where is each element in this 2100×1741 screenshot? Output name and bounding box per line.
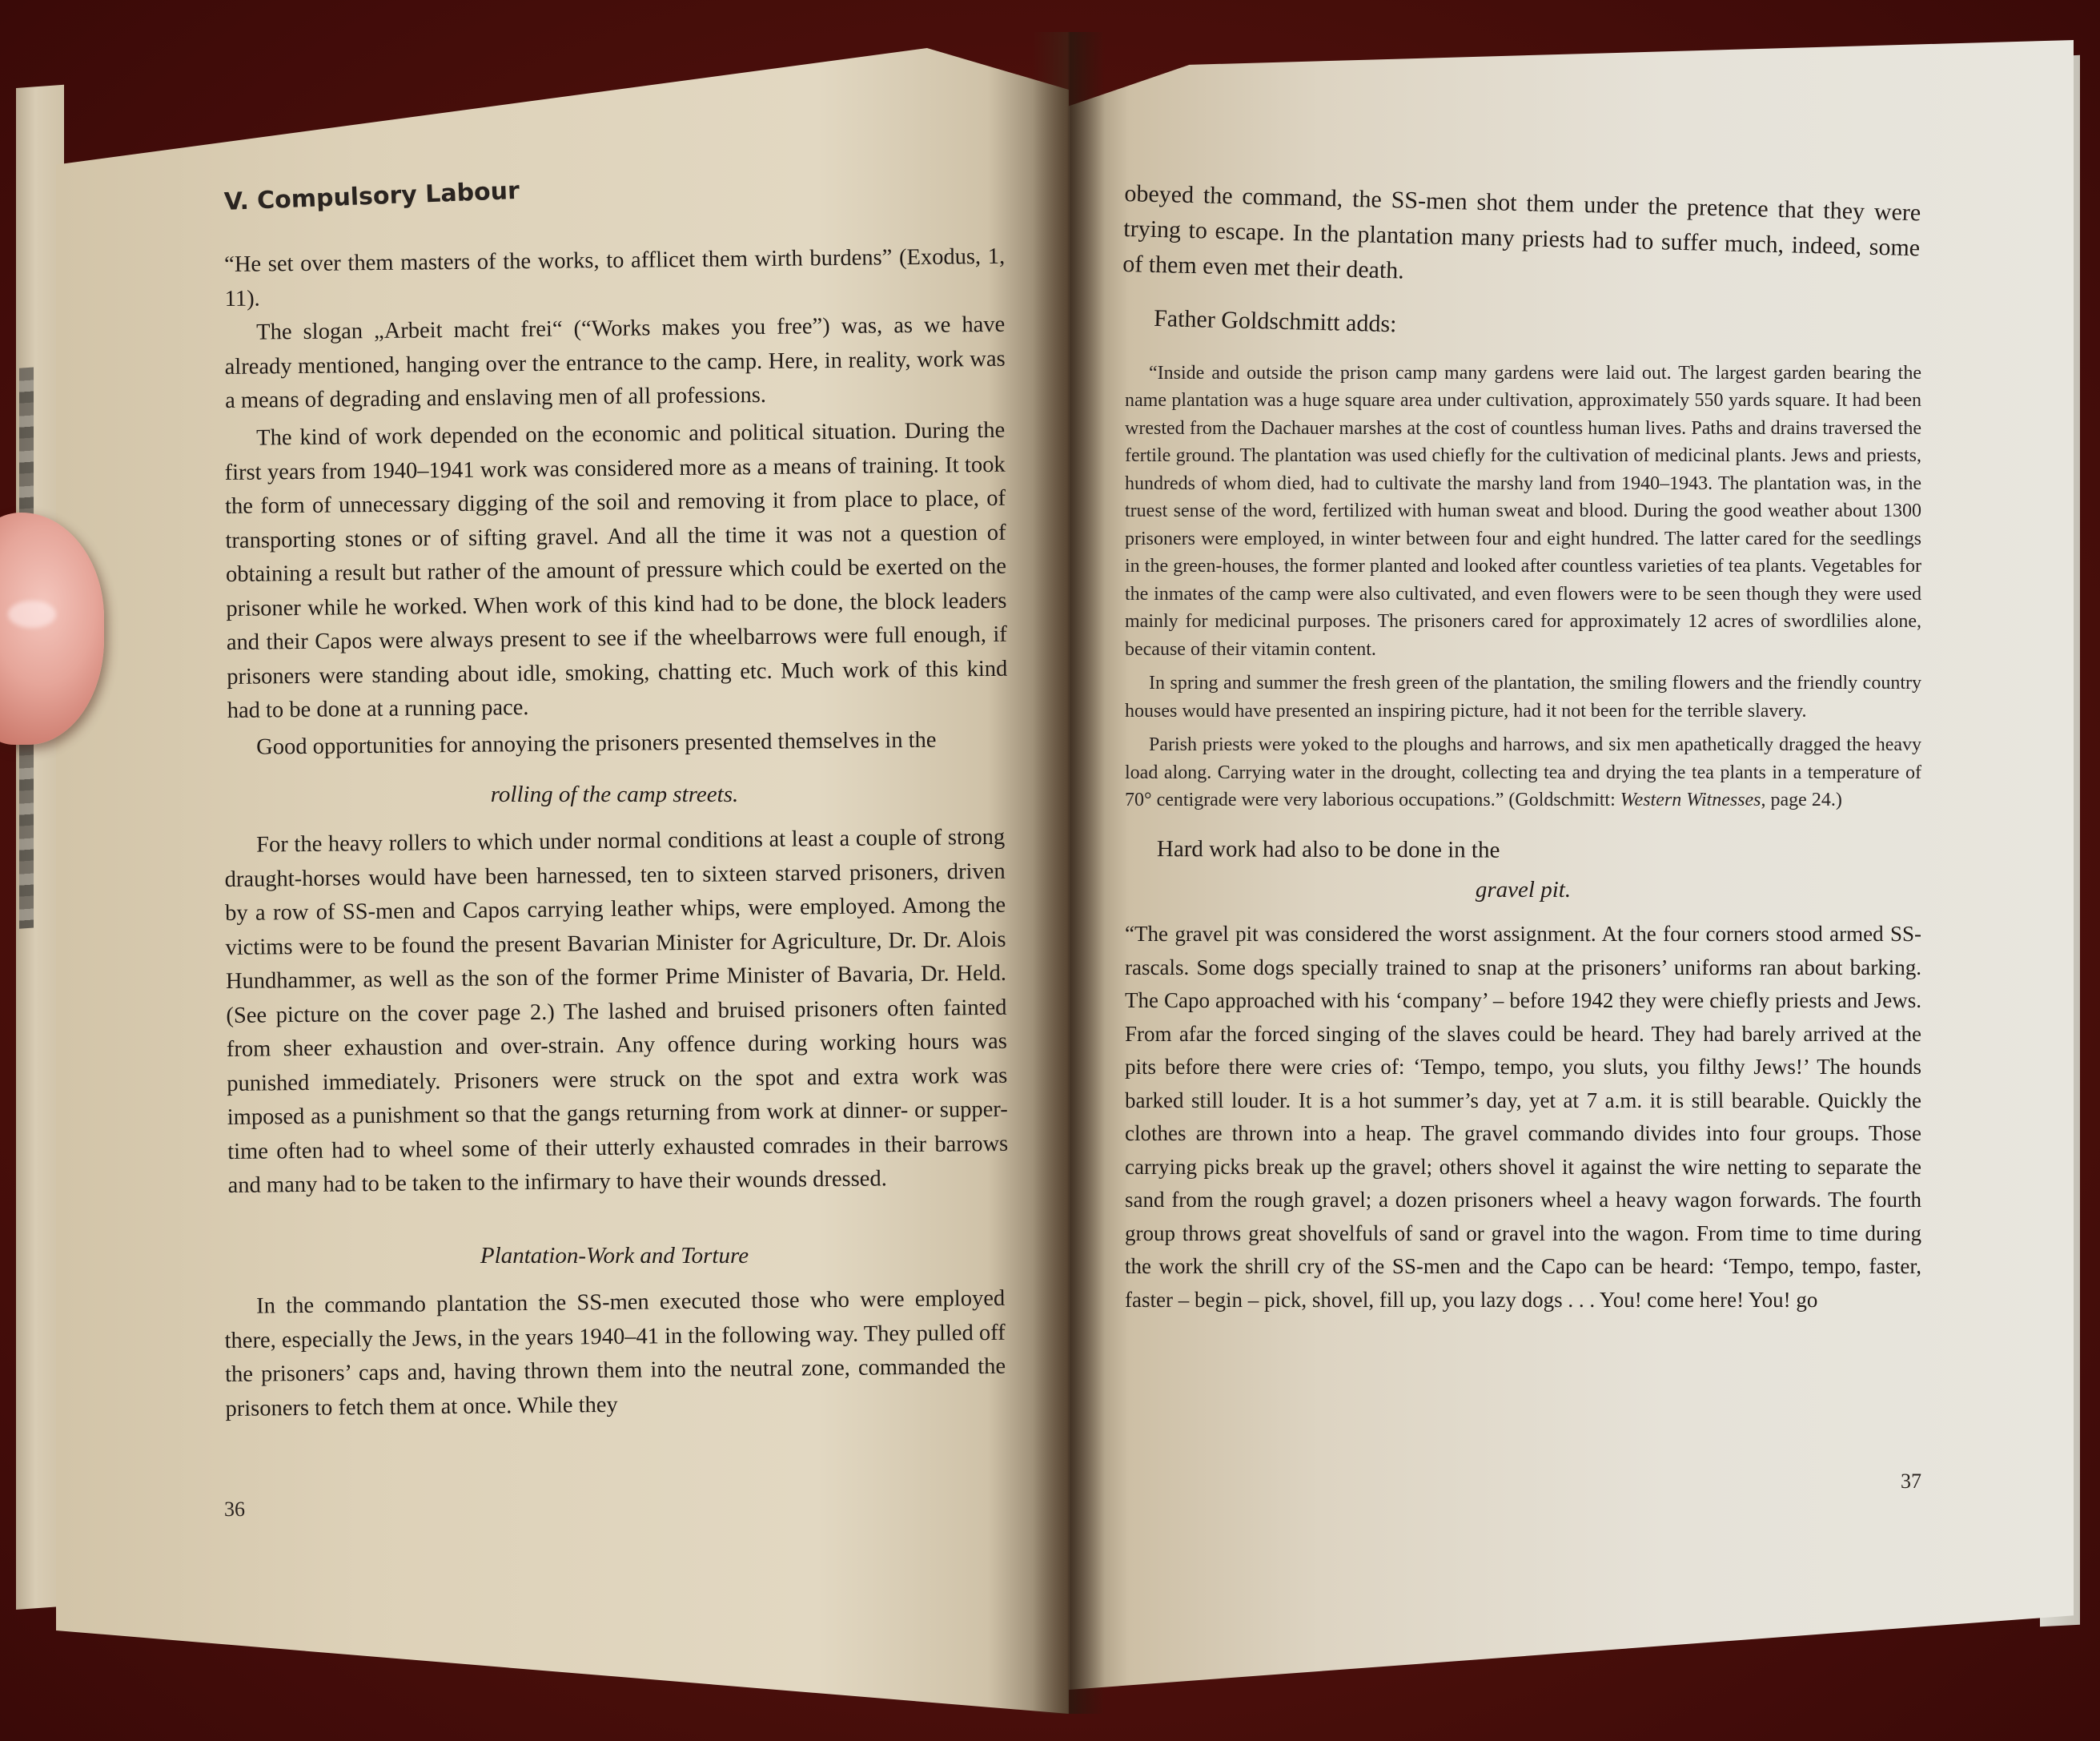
quote-paragraph-gardens: “Inside and outside the prison camp many… — [1125, 360, 1921, 664]
paragraph-good-opportunities: Good opportunities for annoying the pris… — [224, 723, 1005, 766]
right-page-intro: obeyed the command, the SS-men shot them… — [1122, 176, 1921, 352]
photo-scene: V. Compulsory Labour “He set over them m… — [0, 0, 2100, 1741]
epigraph: “He set over them masters of the works, … — [224, 240, 1006, 316]
goldschmitt-intro: Father Goldschmitt adds: — [1122, 301, 1919, 355]
page-number-right: 37 — [1901, 1470, 1921, 1494]
left-page: V. Compulsory Labour “He set over them m… — [56, 48, 1069, 1714]
citation-title: Western Witnesses — [1620, 790, 1761, 810]
paragraph-commando-plantation: In the commando plantation the SS-men ex… — [224, 1282, 1006, 1426]
chapter-title: V. Compulsory Labour — [223, 159, 1005, 216]
thumbnail-highlight — [8, 601, 56, 628]
subheading-rolling-camp-streets: rolling of the camp streets. — [224, 782, 1005, 808]
paragraph-gravel-pit: “The gravel pit was considered the worst… — [1125, 918, 1921, 1317]
quote-paragraph-priests: Parish priests were yoked to the ploughs… — [1125, 731, 1921, 814]
citation-tail: , page 24.) — [1761, 790, 1842, 810]
subheading-plantation-work: Plantation-Work and Torture — [224, 1243, 1005, 1269]
goldschmitt-quote: “Inside and outside the prison camp many… — [1125, 360, 1921, 814]
paragraph-kind-of-work: The kind of work depended on the economi… — [224, 413, 1008, 728]
subheading-gravel-pit: gravel pit. — [1125, 877, 1921, 903]
paragraph-slogan: The slogan „Arbeit macht frei“ (“Works m… — [224, 308, 1006, 419]
right-page: obeyed the command, the SS-men shot them… — [1069, 40, 2074, 1690]
hard-work-line: Hard work had also to be done in the — [1125, 832, 1921, 869]
paragraph-continuation: obeyed the command, the SS-men shot them… — [1122, 176, 1921, 301]
page-number-left: 36 — [224, 1498, 245, 1522]
paragraph-heavy-rollers: For the heavy rollers to which under nor… — [224, 820, 1009, 1203]
quote-paragraph-spring: In spring and summer the fresh green of … — [1125, 669, 1921, 725]
